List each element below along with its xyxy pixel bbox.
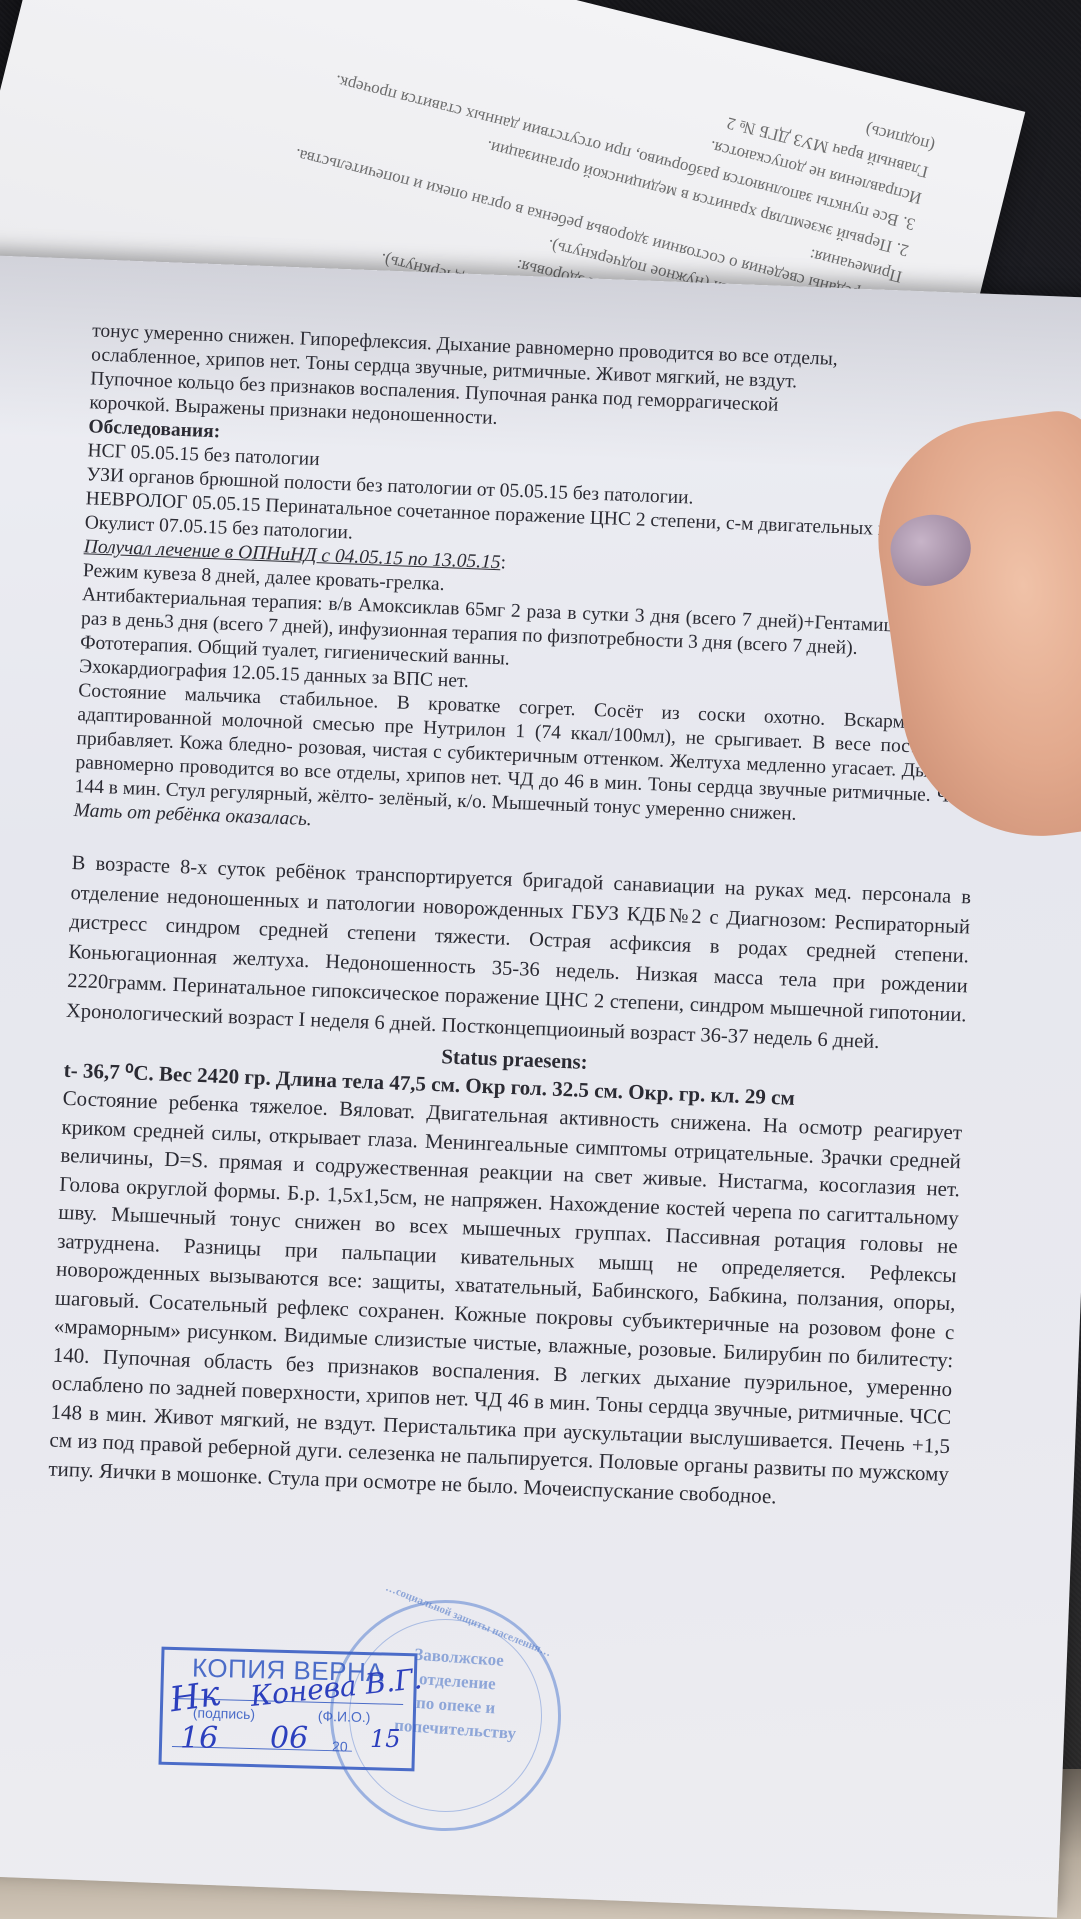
handwritten-year: 15 [370, 1725, 401, 1753]
vital-temperature: t- 36,7 ⁰С. [63, 1058, 154, 1085]
vital-weight: Вес 2420 гр. [159, 1061, 272, 1089]
handwritten-name: Конева В.Г. [249, 1662, 424, 1713]
treatment-header-suffix: : [500, 552, 506, 573]
handwritten-month: 06 [270, 1721, 308, 1756]
handwritten-signature: Нк [167, 1674, 222, 1721]
handwritten-signature-block: Нк Конева В.Г. 16 06 15 [140, 1655, 440, 1765]
exam-paragraph: Состояние ребенка тяжелое. Вяловат. Двиг… [48, 1084, 963, 1517]
handwritten-day: 16 [180, 1721, 218, 1756]
photo-scene: 6.11. Потребность в медико-педагогическо… [0, 0, 1081, 1919]
vital-chest-circumference: Окр. гр. кл. 29 см [628, 1080, 795, 1110]
document-body: тонус умеренно снижен. Гипорефлексия. Ды… [48, 319, 992, 1517]
transfer-paragraph: В возрасте 8-х суток ребёнок транспортир… [65, 849, 971, 1060]
vital-head-circumference: Окр гол. 32.5 см. [465, 1073, 624, 1103]
